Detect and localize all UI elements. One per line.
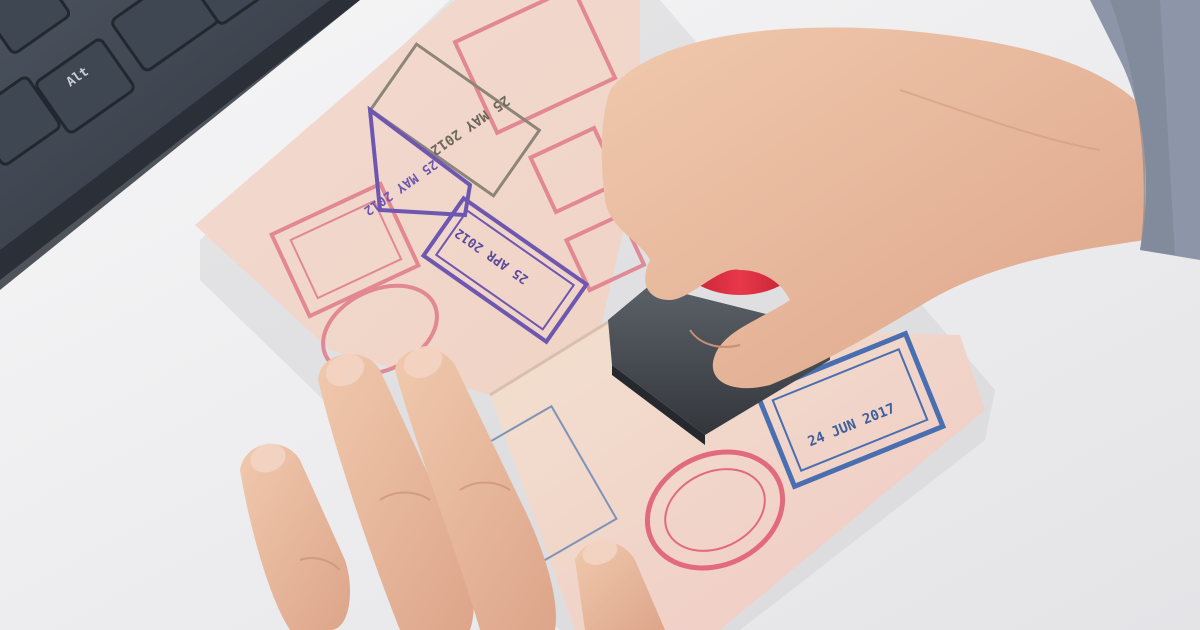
photo-scene: Alt 25 MAY 2012 25 MAY 2012 25 APR 2012 … [0,0,1200,630]
